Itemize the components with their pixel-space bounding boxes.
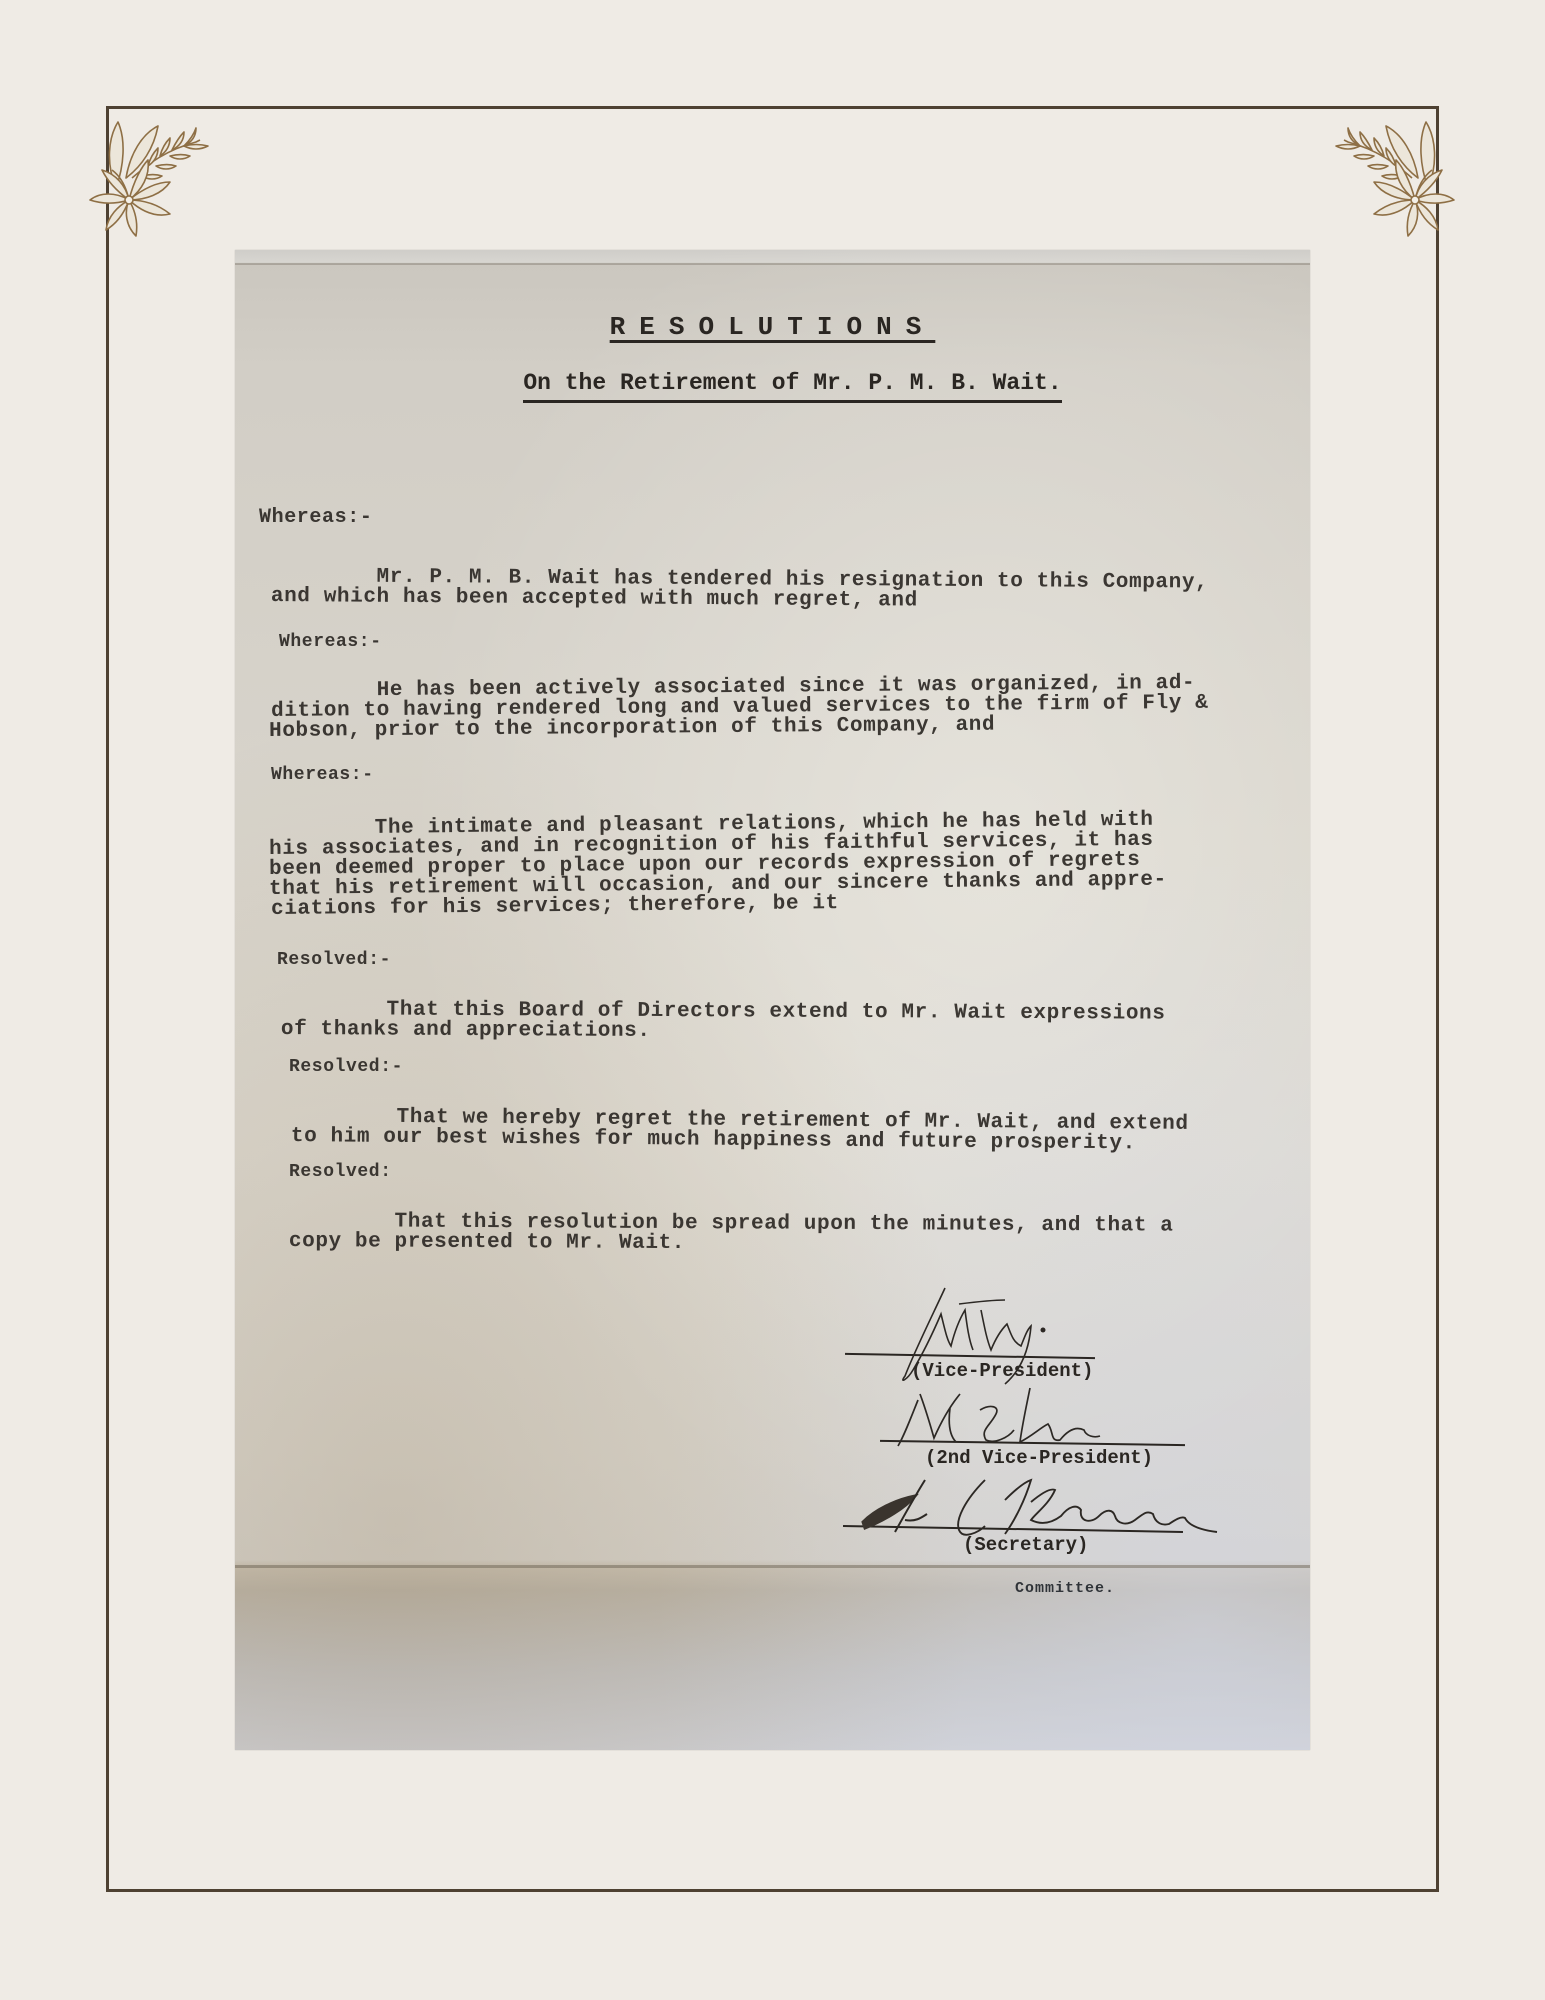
document-title: RESOLUTIONS — [235, 312, 1310, 342]
paragraph-line: ciations for his services; therefore, be… — [271, 894, 839, 920]
section-label-resolved-1: Resolved:- — [277, 950, 391, 970]
section-label-whereas-3: Whereas:- — [271, 765, 374, 785]
document-subtitle: On the Retirement of Mr. P. M. B. Wait. — [235, 370, 1310, 403]
section-label-whereas-2: Whereas:- — [279, 632, 382, 652]
paragraph-line: and which has been accepted with much re… — [271, 587, 918, 612]
document-photo: RESOLUTIONS On the Retirement of Mr. P. … — [235, 250, 1310, 1750]
floral-corner-ornament-icon — [1320, 104, 1460, 244]
signature-role-label: (Vice-President) — [911, 1360, 1093, 1382]
paragraph-line: of thanks and appreciations. — [281, 1020, 651, 1042]
floral-corner-ornament-icon — [84, 104, 224, 244]
paragraph-line: copy be presented to Mr. Wait. — [289, 1232, 685, 1254]
paragraph-line: to him our best wishes for much happines… — [291, 1127, 1136, 1154]
signature-role-label: (Secretary) — [963, 1534, 1088, 1556]
section-label-resolved-2: Resolved:- — [289, 1057, 403, 1077]
committee-label: Committee. — [1015, 1580, 1115, 1597]
paragraph-line: Hobson, prior to the incorporation of th… — [269, 716, 995, 742]
paper-edge — [235, 263, 1310, 265]
section-label-whereas-1: Whereas:- — [259, 508, 372, 528]
signature-role-label: (2nd Vice-President) — [925, 1447, 1153, 1469]
section-label-resolved-3: Resolved: — [289, 1162, 392, 1182]
paper-fold-line — [235, 1565, 1310, 1568]
